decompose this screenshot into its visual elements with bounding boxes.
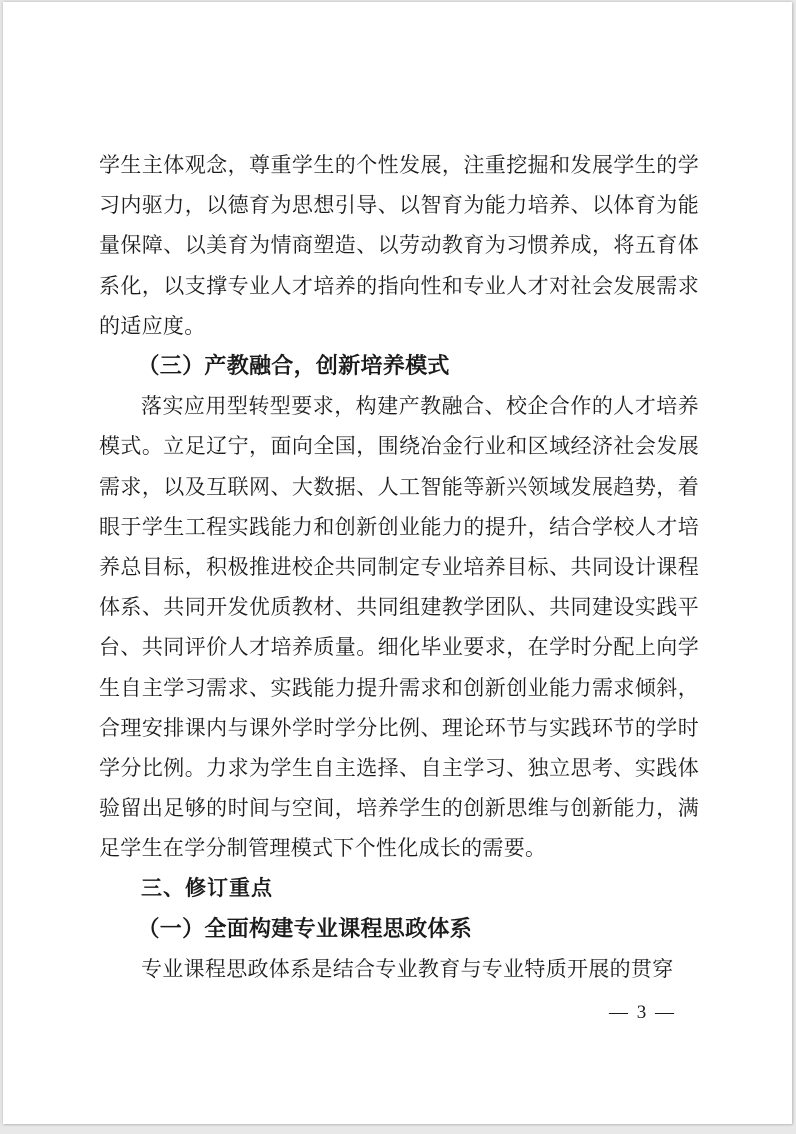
section-heading-one: （一）全面构建专业课程思政体系 (99, 909, 699, 949)
body-paragraph-continued: 学生主体观念，尊重学生的个性发展，注重挖掘和发展学生的学习内驱力，以德育为思想引… (99, 145, 699, 346)
page-content: 学生主体观念，尊重学生的个性发展，注重挖掘和发展学生的学习内驱力，以德育为思想引… (99, 145, 699, 989)
body-paragraph-last: 专业课程思政体系是结合专业教育与专业特质开展的贯穿 (99, 949, 699, 989)
section-heading-three: （三）产教融合，创新培养模式 (99, 346, 699, 386)
page-number: — 3 — (609, 1002, 676, 1024)
document-viewport: { "document": { "blocks": [ { "type": "p… (0, 0, 796, 1134)
body-paragraph-main: 落实应用型转型要求，构建产教融合、校企合作的人才培养模式。立足辽宁，面向全国，围… (99, 386, 699, 868)
chapter-heading: 三、修订重点 (99, 869, 699, 909)
document-page: 学生主体观念，尊重学生的个性发展，注重挖掘和发展学生的学习内驱力，以德育为思想引… (3, 2, 792, 1124)
